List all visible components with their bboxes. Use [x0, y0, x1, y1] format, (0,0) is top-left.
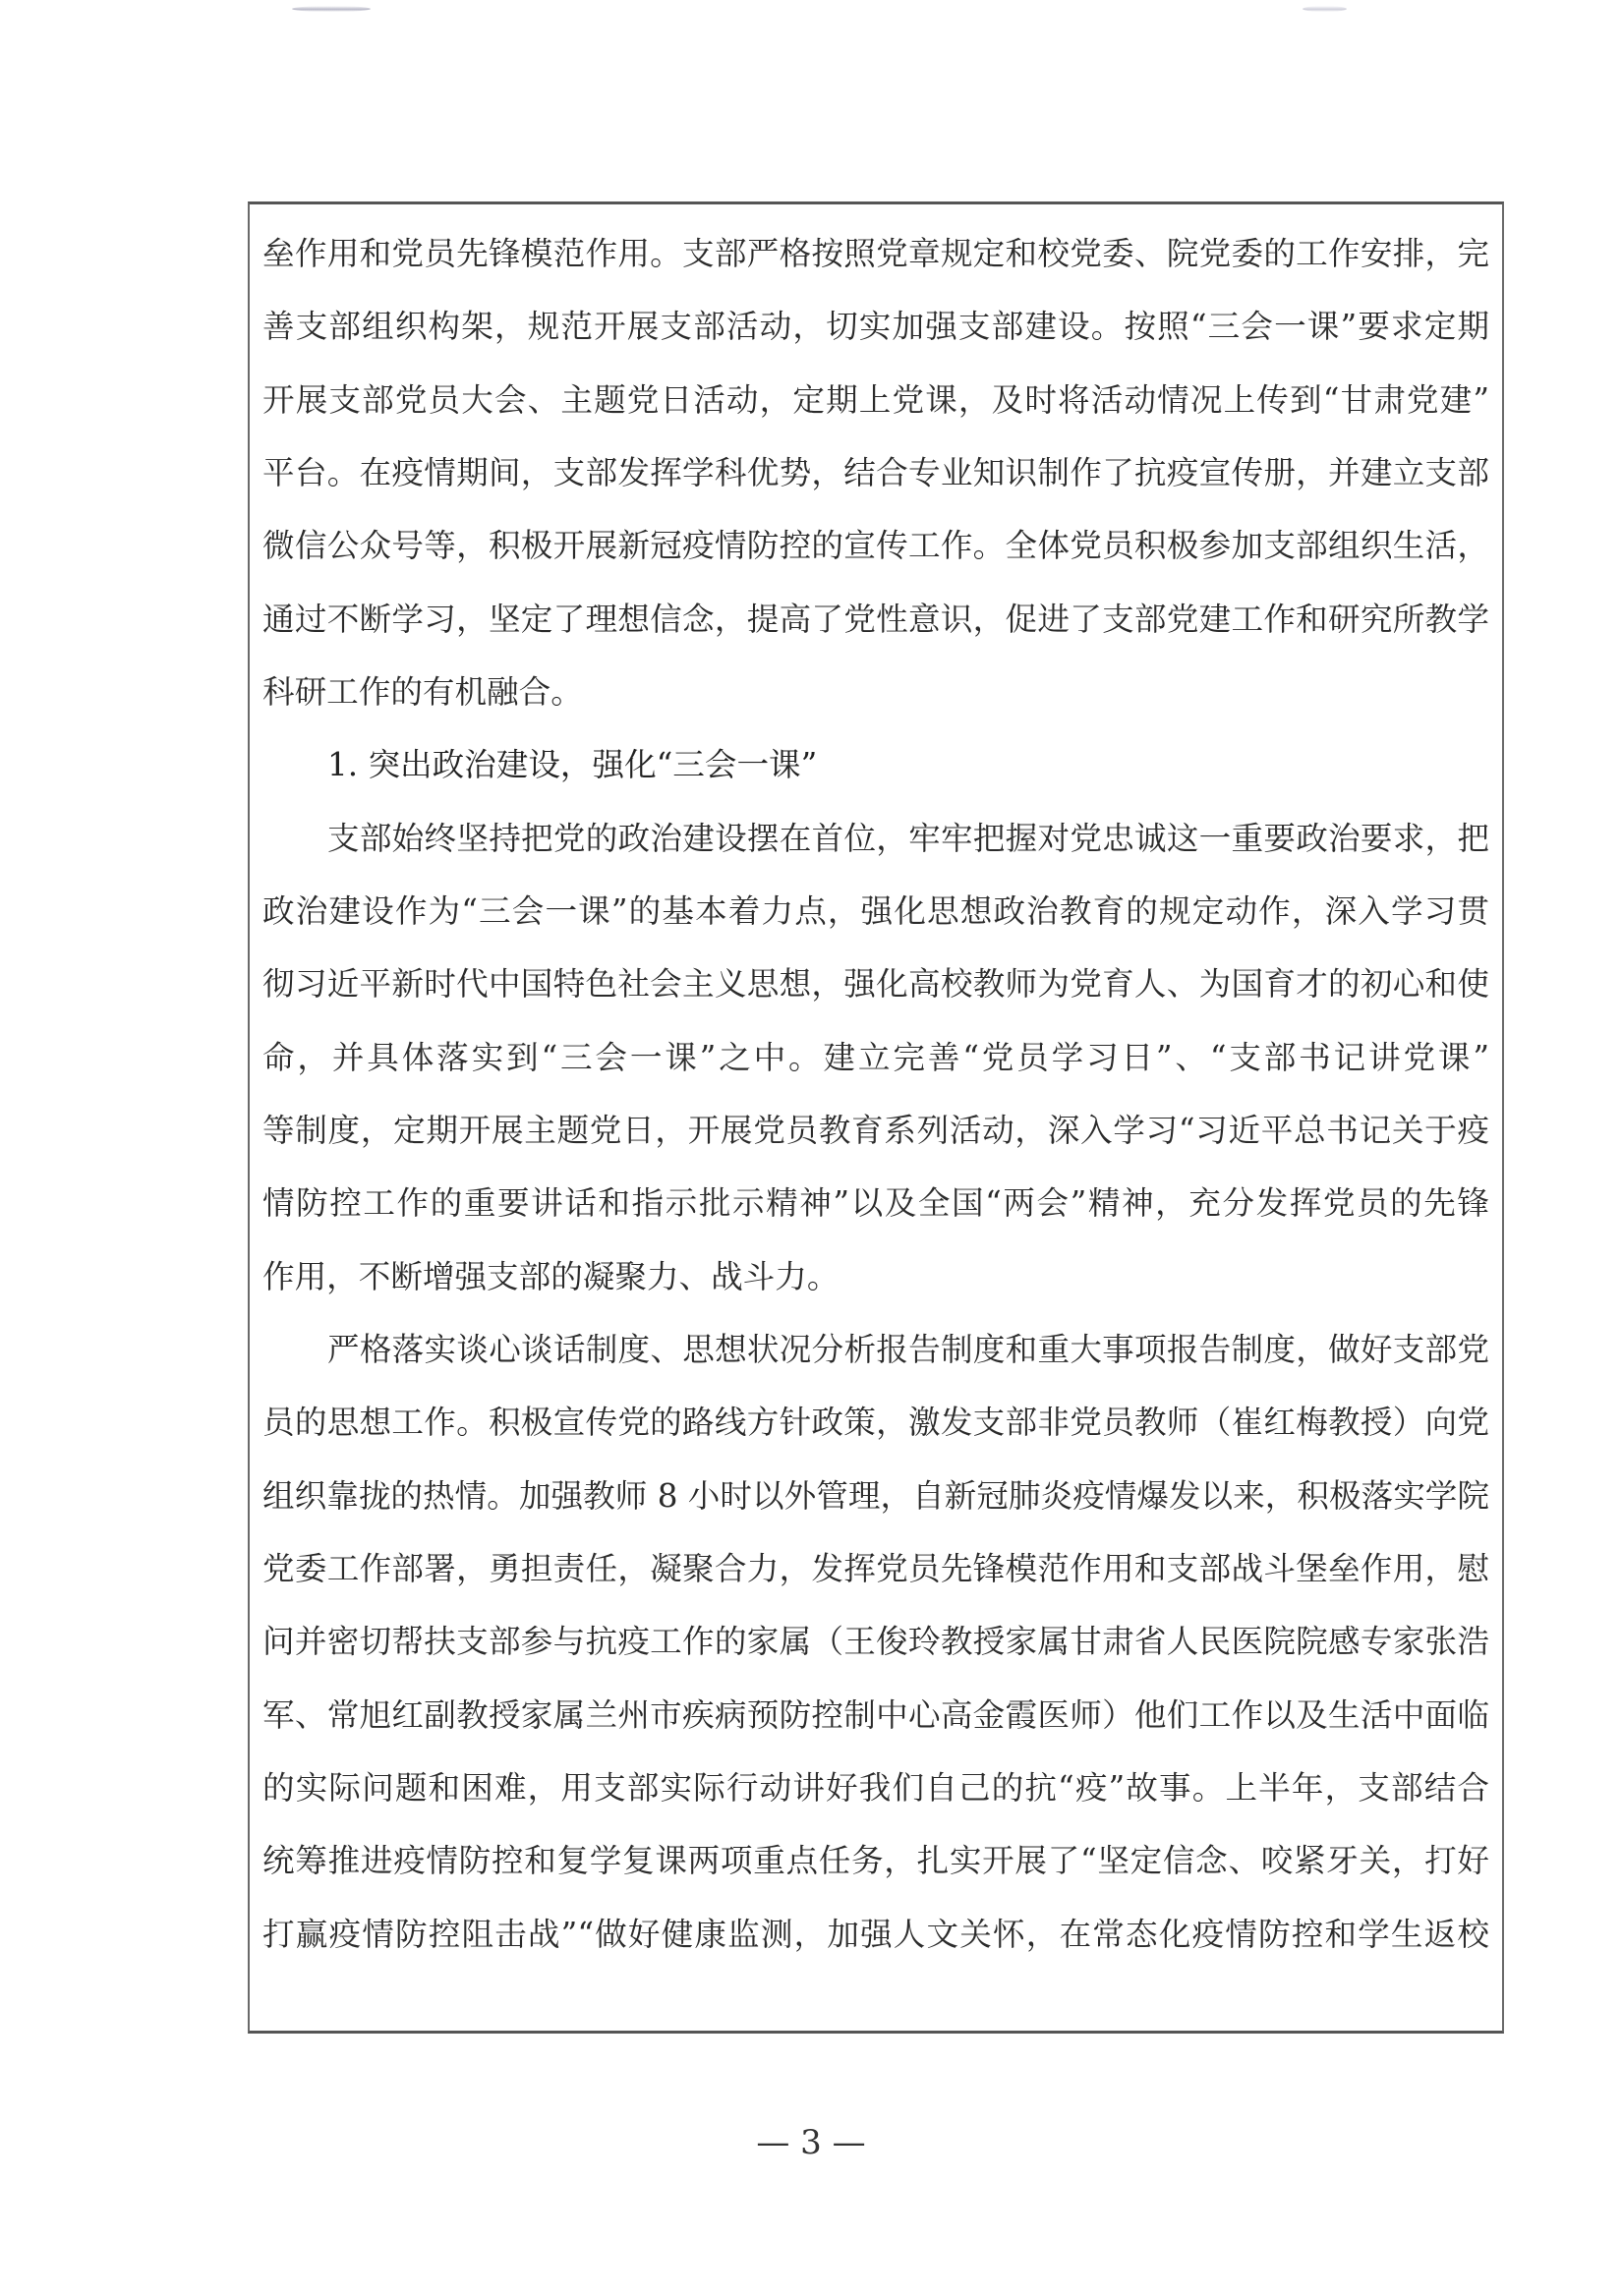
scan-artifact-left: [292, 6, 371, 12]
paragraph-3-line-9: 打赢疫情防控阻击战”“做好健康监测，加强人文关怀，在常态化疫情防控和学生返校: [262, 1915, 1489, 1954]
section-heading: 1. 突出政治建设，强化“三会一课”: [327, 745, 817, 784]
paragraph-2-line-3: 彻习近平新时代中国特色社会主义思想，强化高校教师为党育人、为国育才的初心和使: [262, 964, 1489, 1004]
paragraph-3-line-4: 党委工作部署，勇担责任，凝聚合力，发挥党员先锋模范作用和支部战斗堡垒作用，慰: [262, 1549, 1489, 1588]
paragraph-1-line-7: 科研工作的有机融合。: [262, 672, 1489, 712]
paragraph-3-line-8: 统筹推进疫情防控和复学复课两项重点任务，扎实开展了“坚定信念、咬紧牙关，打好: [262, 1841, 1489, 1880]
paragraph-1-line-5: 微信公众号等，积极开展新冠疫情防控的宣传工作。全体党员积极参加支部组织生活，: [262, 526, 1489, 565]
scan-artifact-right: [1303, 6, 1347, 12]
paragraph-1-line-3: 开展支部党员大会、主题党日活动，定期上党课，及时将活动情况上传到“甘肃党建”: [262, 380, 1489, 420]
paragraph-2-line-7: 作用，不断增强支部的凝聚力、战斗力。: [262, 1257, 1489, 1296]
paragraph-2-line-1: 支部始终坚持把党的政治建设摆在首位，牢牢把握对党忠诚这一重要政治要求，把: [327, 819, 1489, 858]
page-number: — 3 —: [688, 2123, 934, 2162]
paragraph-2-line-2: 政治建设作为“三会一课”的基本着力点，强化思想政治教育的规定动作，深入学习贯: [262, 891, 1489, 931]
paragraph-1-line-2: 善支部组织构架，规范开展支部活动，切实加强支部建设。按照“三会一课”要求定期: [262, 307, 1489, 346]
paragraph-1-line-6: 通过不断学习，坚定了理想信念，提高了党性意识，促进了支部党建工作和研究所教学: [262, 600, 1489, 639]
paragraph-1-line-4: 平台。在疫情期间，支部发挥学科优势，结合专业知识制作了抗疫宣传册，并建立支部: [262, 453, 1489, 492]
paragraph-3-line-5: 问并密切帮扶支部参与抗疫工作的家属（王俊玲教授家属甘肃省人民医院院感专家张浩: [262, 1622, 1489, 1661]
paragraph-3-line-3: 组织靠拢的热情。加强教师 8 小时以外管理，自新冠肺炎疫情爆发以来，积极落实学院: [262, 1476, 1489, 1516]
paragraph-3-line-1: 严格落实谈心谈话制度、思想状况分析报告制度和重大事项报告制度，做好支部党: [327, 1330, 1489, 1369]
paragraph-2-line-5: 等制度，定期开展主题党日，开展党员教育系列活动，深入学习“习近平总书记关于疫: [262, 1111, 1489, 1150]
paragraph-2-line-4: 命，并具体落实到“三会一课”之中。建立完善“党员学习日”、“支部书记讲党课”: [262, 1038, 1489, 1077]
paragraph-2-line-6: 情防控工作的重要讲话和指示批示精神”以及全国“两会”精神，充分发挥党员的先锋: [262, 1183, 1489, 1223]
paragraph-3-line-7: 的实际问题和困难，用支部实际行动讲好我们自己的抗“疫”故事。上半年，支部结合: [262, 1768, 1489, 1808]
paragraph-3-line-2: 员的思想工作。积极宣传党的路线方针政策，激发支部非党员教师（崔红梅教授）向党: [262, 1403, 1489, 1442]
paragraph-3-line-6: 军、常旭红副教授家属兰州市疾病预防控制中心高金霞医师）他们工作以及生活中面临: [262, 1695, 1489, 1735]
paragraph-1-line-1: 垒作用和党员先锋模范作用。支部严格按照党章规定和校党委、院党委的工作安排，完: [262, 234, 1489, 273]
